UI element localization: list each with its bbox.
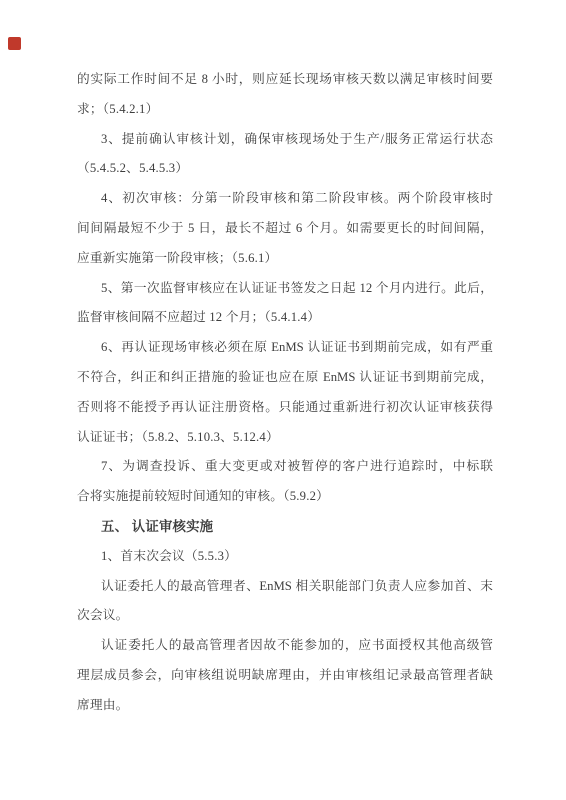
- document-line: 间间隔最短不少于 5 日，最长不超过 6 个月。如需要更长的时间间隔，: [77, 214, 493, 244]
- document-line: （5.4.5.2、5.4.5.3）: [77, 154, 493, 184]
- document-line: 5、第一次监督审核应在认证证书签发之日起 12 个月内进行。此后，: [77, 274, 493, 304]
- document-line: 否则将不能授予再认证注册资格。只能通过重新进行初次认证审核获得: [77, 393, 493, 423]
- document-line: 6、再认证现场审核必须在原 EnMS 认证证书到期前完成，如有严重: [77, 333, 493, 363]
- document-line: 3、提前确认审核计划，确保审核现场处于生产/服务正常运行状态: [77, 125, 493, 155]
- document-line: 认证委托人的最高管理者、EnMS 相关职能部门负责人应参加首、末: [77, 572, 493, 602]
- document-line: 合将实施提前较短时间通知的审核。（5.9.2）: [77, 482, 493, 512]
- document-line: 席理由。: [77, 691, 493, 721]
- document-line: 1、首末次会议（5.5.3）: [77, 542, 493, 572]
- document-line: 求；（5.4.2.1）: [77, 95, 493, 125]
- document-body: 的实际工作时间不足 8 小时，则应延长现场审核天数以满足审核时间要求；（5.4.…: [77, 65, 493, 721]
- document-line: 的实际工作时间不足 8 小时，则应延长现场审核天数以满足审核时间要: [77, 65, 493, 95]
- document-line: 4、初次审核：分第一阶段审核和第二阶段审核。两个阶段审核时: [77, 184, 493, 214]
- document-line: 次会议。: [77, 601, 493, 631]
- document-line: 7、为调查投诉、重大变更或对被暂停的客户进行追踪时，中标联: [77, 452, 493, 482]
- document-line: 认证委托人的最高管理者因故不能参加的，应书面授权其他高级管: [77, 631, 493, 661]
- document-page: 的实际工作时间不足 8 小时，则应延长现场审核天数以满足审核时间要求；（5.4.…: [0, 0, 566, 800]
- document-line: 不符合，纠正和纠正措施的验证也应在原 EnMS 认证证书到期前完成，: [77, 363, 493, 393]
- document-line: 监督审核间隔不应超过 12 个月；（5.4.1.4）: [77, 303, 493, 333]
- document-line: 应重新实施第一阶段审核；（5.6.1）: [77, 244, 493, 274]
- section-heading: 五、 认证审核实施: [77, 512, 493, 542]
- red-marker-icon: [8, 37, 21, 50]
- document-line: 认证证书；（5.8.2、5.10.3、5.12.4）: [77, 423, 493, 453]
- document-line: 理层成员参会，向审核组说明缺席理由，并由审核组记录最高管理者缺: [77, 661, 493, 691]
